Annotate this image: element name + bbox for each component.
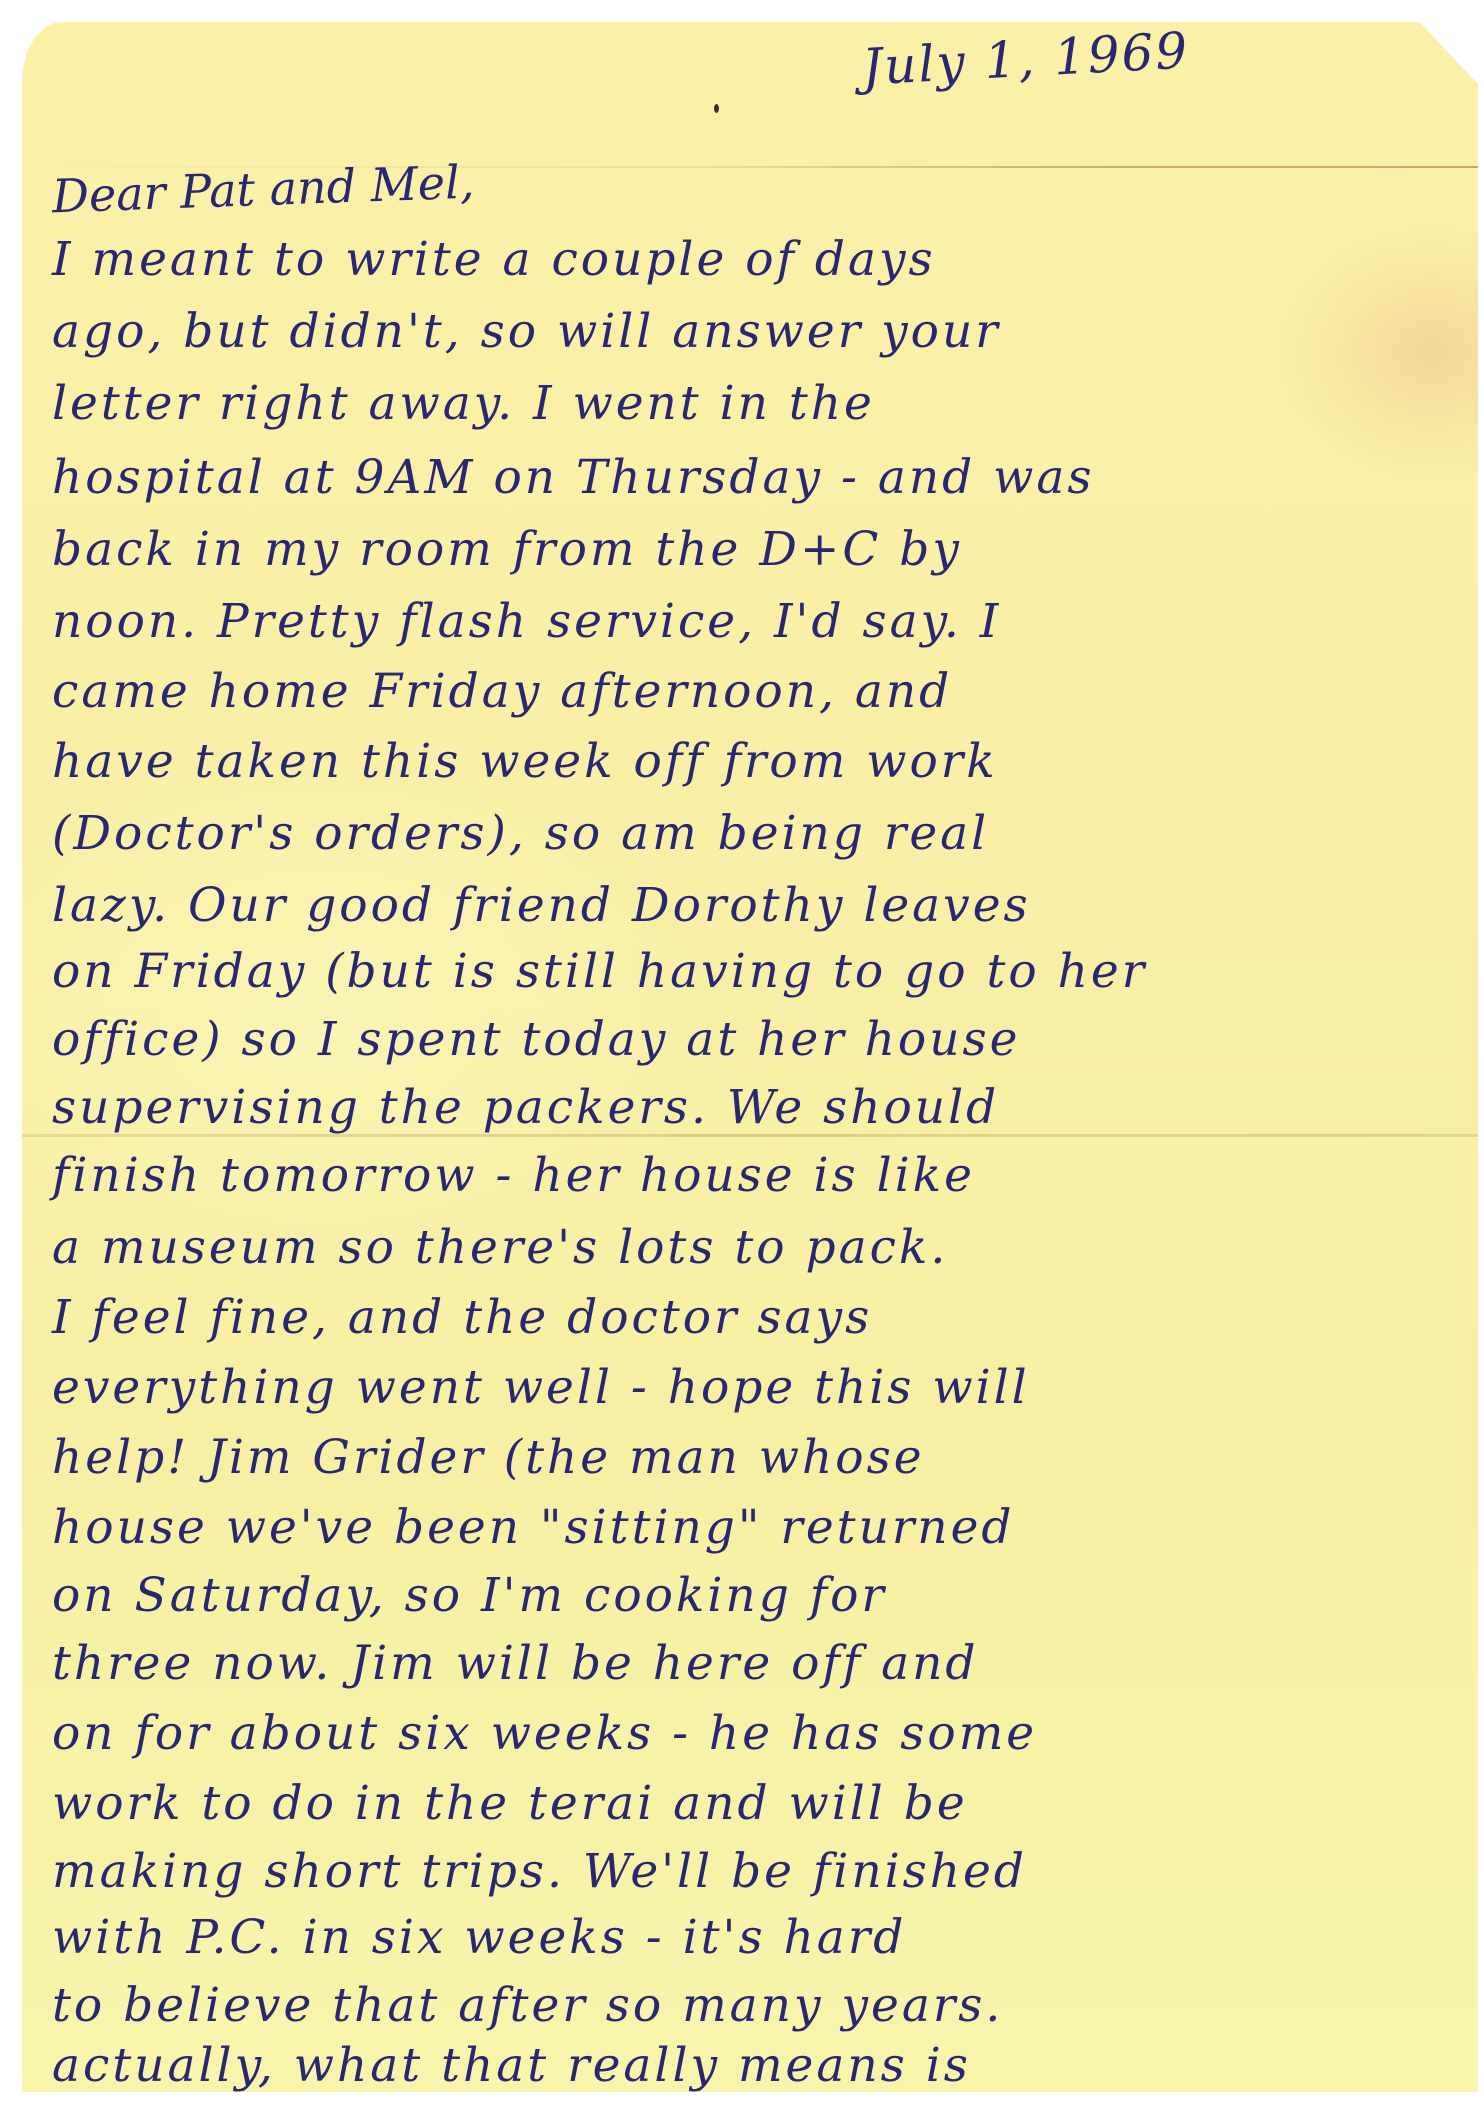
letter-line: I meant to write a couple of days (52, 232, 936, 287)
letter-line: help! Jim Grider (the man whose (52, 1430, 925, 1485)
letter-line: noon. Pretty flash service, I'd say. I (52, 594, 1001, 649)
letter-line: I feel fine, and the doctor says (52, 1290, 872, 1345)
letter-line: a museum so there's lots to pack. (52, 1220, 948, 1275)
letter-line: (Doctor's orders), so am being real (52, 806, 989, 861)
letter-line: on Friday (but is still having to go to … (52, 944, 1147, 999)
letter-line: three now. Jim will be here off and (52, 1636, 979, 1691)
letter-line: supervising the packers. We should (52, 1080, 999, 1135)
ink-dot (714, 104, 719, 113)
letter-line: house we've been "sitting" returned (52, 1500, 1014, 1555)
letter-line: have taken this week off from work (52, 734, 998, 789)
letter-line: on Saturday, so I'm cooking for (52, 1568, 887, 1623)
letter-line: everything went well - hope this will (52, 1360, 1030, 1415)
letter-line: came home Friday afternoon, and (52, 664, 952, 719)
letter-line: office) so I spent today at her house (52, 1012, 1020, 1067)
letter-date: July 1, 1969 (861, 21, 1191, 96)
letter-line: hospital at 9AM on Thursday - and was (52, 450, 1095, 505)
letter-line: work to do in the terai and will be (52, 1776, 968, 1831)
letter-salutation: Dear Pat and Mel, (51, 155, 475, 224)
letter-line: making short trips. We'll be finished (52, 1844, 1027, 1899)
letter-line: lazy. Our good friend Dorothy leaves (52, 878, 1031, 933)
letter-line: to believe that after so many years. (52, 1978, 1003, 2033)
letter-line: on for about six weeks - he has some (52, 1706, 1037, 1761)
letter-line: ago, but didn't, so will answer your (52, 304, 1001, 359)
letter-line: letter right away. I went in the (52, 376, 875, 431)
letter-line: finish tomorrow - her house is like (52, 1148, 975, 1203)
letter-paper: July 1, 1969 Dear Pat and Mel, I meant t… (22, 22, 1478, 2092)
handwritten-letter: July 1, 1969 Dear Pat and Mel, I meant t… (22, 22, 1478, 2092)
letter-line: back in my room from the D+C by (52, 522, 962, 577)
letter-line: with P.C. in six weeks - it's hard (52, 1910, 906, 1965)
letter-line: actually, what that really means is (52, 2038, 971, 2093)
